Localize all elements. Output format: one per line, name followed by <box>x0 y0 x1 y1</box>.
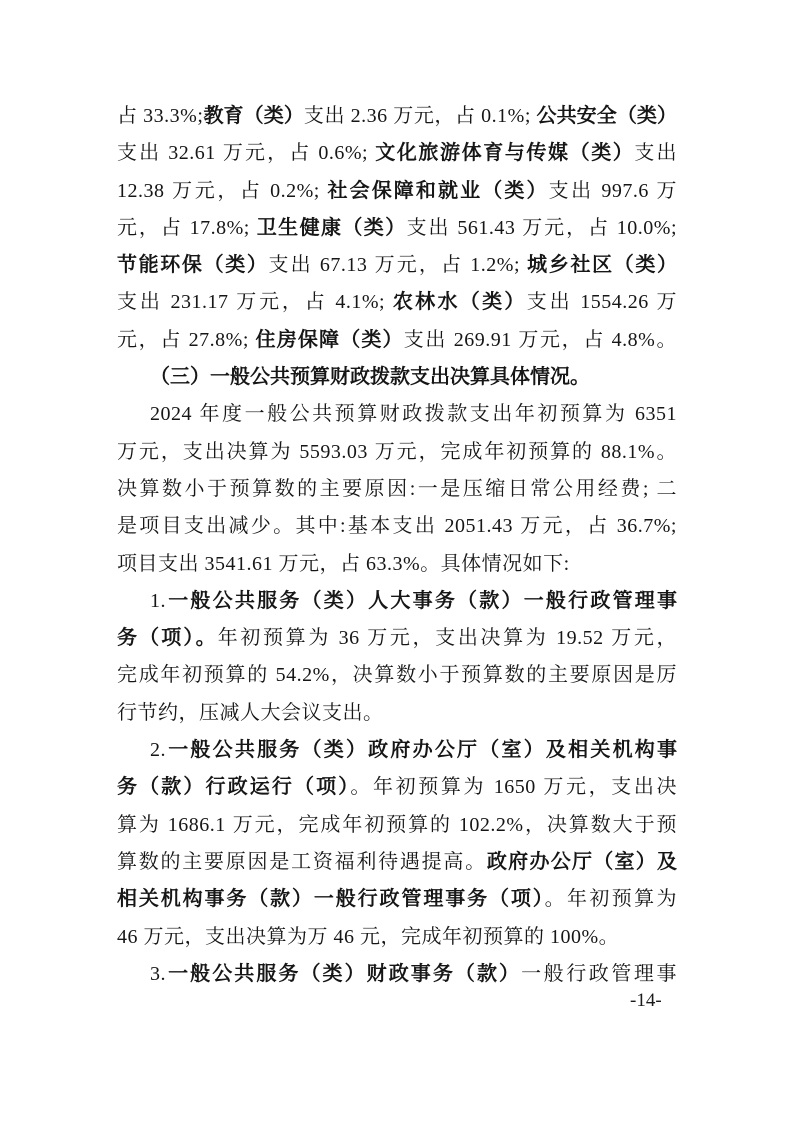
text-run: 支出 67.13 万元，占 1.2%; <box>269 254 528 276</box>
emphasis-text-run: （三）一般公共预算财政拨款支出决算具体情况。 <box>150 366 590 388</box>
text-run: 12.38 万元，占 0.2%; <box>117 180 327 202</box>
text-run: 支出 997.6 万 <box>549 180 677 202</box>
emphasis-text-run: 政府办公厅（室）及 <box>487 851 677 873</box>
text-line: 是项目支出减少。其中:基本支出 2051.43 万元，占 36.7%; <box>117 508 677 545</box>
text-run: 行节约，压减人大会议支出。 <box>117 702 384 724</box>
text-run: 2. <box>150 739 166 761</box>
emphasis-text-run: 公共安全（类） <box>536 105 677 127</box>
text-run: 元，占 17.8%; <box>117 217 257 239</box>
text-line: 3.一般公共服务（类）财政事务（款）一般行政管理事 <box>117 956 677 993</box>
text-line: 行节约，压减人大会议支出。 <box>117 695 677 732</box>
text-run: 一般行政管理事 <box>521 963 677 985</box>
text-run: 完成年初预算的 54.2%，决算数小于预算数的主要原因是厉 <box>117 664 677 686</box>
text-line: 算为 1686.1 万元，完成年初预算的 102.2%，决算数大于预 <box>117 807 677 844</box>
text-run: 万元，支出决算为 5593.03 万元，完成年初预算的 88.1%。 <box>117 441 677 463</box>
text-run: 年初预算为 36 万元，支出决算为 19.52 万元， <box>218 627 677 649</box>
emphasis-text-run: 城乡社区（类） <box>527 254 677 276</box>
text-line: 项目支出 3541.61 万元，占 63.3%。具体情况如下: <box>117 546 677 583</box>
text-line: 元，占 17.8%; 卫生健康（类）支出 561.43 万元，占 10.0%; <box>117 210 677 247</box>
emphasis-text-run: 务（项）。 <box>117 627 218 649</box>
emphasis-text-run: 住房保障（类） <box>256 329 404 351</box>
text-line: 万元，支出决算为 5593.03 万元，完成年初预算的 88.1%。 <box>117 434 677 471</box>
text-line: 节能环保（类）支出 67.13 万元，占 1.2%; 城乡社区（类） <box>117 247 677 284</box>
text-line: 支出 231.17 万元，占 4.1%; 农林水（类）支出 1554.26 万 <box>117 284 677 321</box>
text-run: 决算数小于预算数的主要原因:一是压缩日常公用经费; 二 <box>117 478 677 500</box>
text-line: 元，占 27.8%; 住房保障（类）支出 269.91 万元，占 4.8%。 <box>117 322 677 359</box>
text-run: 支出 1554.26 万 <box>527 291 677 313</box>
text-line: 算数的主要原因是工资福利待遇提高。政府办公厅（室）及 <box>117 844 677 881</box>
text-run: 支出 269.91 万元，占 4.8%。 <box>404 329 677 351</box>
text-line: 2.一般公共服务（类）政府办公厅（室）及相关机构事 <box>117 732 677 769</box>
text-run: 46 万元，支出决算为万 46 元，完成年初预算的 100%。 <box>117 926 619 948</box>
emphasis-text-run: 节能环保（类） <box>117 254 269 276</box>
emphasis-text-run: 一般公共服务（类）财政事务（款） <box>166 963 521 985</box>
text-run: 3. <box>150 963 166 985</box>
text-line: 2024 年度一般公共预算财政拨款支出年初预算为 6351 <box>117 396 677 433</box>
text-line: 12.38 万元，占 0.2%; 社会保障和就业（类）支出 997.6 万 <box>117 173 677 210</box>
text-line: 46 万元，支出决算为万 46 元，完成年初预算的 100%。 <box>117 919 677 956</box>
text-run: 支出 <box>634 142 677 164</box>
emphasis-text-run: 社会保障和就业（类） <box>327 180 548 202</box>
text-line: 相关机构事务（款）一般行政管理事务（项）。年初预算为 <box>117 881 677 918</box>
text-run: 支出 32.61 万元，占 0.6%; <box>117 142 375 164</box>
text-line: 支出 32.61 万元，占 0.6%; 文化旅游体育与传媒（类）支出 <box>117 135 677 172</box>
text-line: 务（项）。年初预算为 36 万元，支出决算为 19.52 万元， <box>117 620 677 657</box>
text-line: 占 33.3%;教育（类）支出 2.36 万元，占 0.1%; 公共安全（类） <box>117 98 677 135</box>
emphasis-text-run: 农林水（类） <box>393 291 527 313</box>
text-run: 。年初预算为 <box>545 888 677 910</box>
text-run: 2024 年度一般公共预算财政拨款支出年初预算为 6351 <box>150 403 677 425</box>
text-run: 元，占 27.8%; <box>117 329 256 351</box>
text-line: （三）一般公共预算财政拨款支出决算具体情况。 <box>117 359 677 396</box>
document-page: 占 33.3%;教育（类）支出 2.36 万元，占 0.1%; 公共安全（类）支… <box>0 0 793 1122</box>
text-line: 务（款）行政运行（项）。年初预算为 1650 万元，支出决 <box>117 769 677 806</box>
emphasis-text-run: 文化旅游体育与传媒（类） <box>375 142 634 164</box>
text-run: 支出 231.17 万元，占 4.1%; <box>117 291 393 313</box>
text-run: 支出 561.43 万元，占 10.0%; <box>407 217 677 239</box>
emphasis-text-run: 卫生健康（类） <box>257 217 407 239</box>
page-number: -14- <box>630 990 680 1012</box>
text-line: 1.一般公共服务（类）人大事务（款）一般行政管理事 <box>117 583 677 620</box>
text-run: 1. <box>150 590 166 612</box>
text-run: 支出 2.36 万元，占 0.1%; <box>304 105 537 127</box>
text-line: 决算数小于预算数的主要原因:一是压缩日常公用经费; 二 <box>117 471 677 508</box>
text-run: 算数的主要原因是工资福利待遇提高。 <box>117 851 487 873</box>
emphasis-text-run: 教育（类） <box>203 105 304 127</box>
emphasis-text-run: 一般公共服务（类）人大事务（款）一般行政管理事 <box>166 590 677 612</box>
document-body: 占 33.3%;教育（类）支出 2.36 万元，占 0.1%; 公共安全（类）支… <box>117 98 677 993</box>
text-run: 项目支出 3541.61 万元，占 63.3%。具体情况如下: <box>117 553 570 575</box>
text-run: 占 33.3%; <box>117 105 203 127</box>
emphasis-text-run: 相关机构事务（款）一般行政管理事务（项） <box>117 888 545 910</box>
text-run: 算为 1686.1 万元，完成年初预算的 102.2%，决算数大于预 <box>117 814 677 836</box>
text-line: 完成年初预算的 54.2%，决算数小于预算数的主要原因是厉 <box>117 657 677 694</box>
emphasis-text-run: 务（款）行政运行（项） <box>117 776 350 798</box>
text-run: 。年初预算为 1650 万元，支出决 <box>350 776 677 798</box>
text-run: 是项目支出减少。其中:基本支出 2051.43 万元，占 36.7%; <box>117 515 677 537</box>
emphasis-text-run: 一般公共服务（类）政府办公厅（室）及相关机构事 <box>166 739 677 761</box>
